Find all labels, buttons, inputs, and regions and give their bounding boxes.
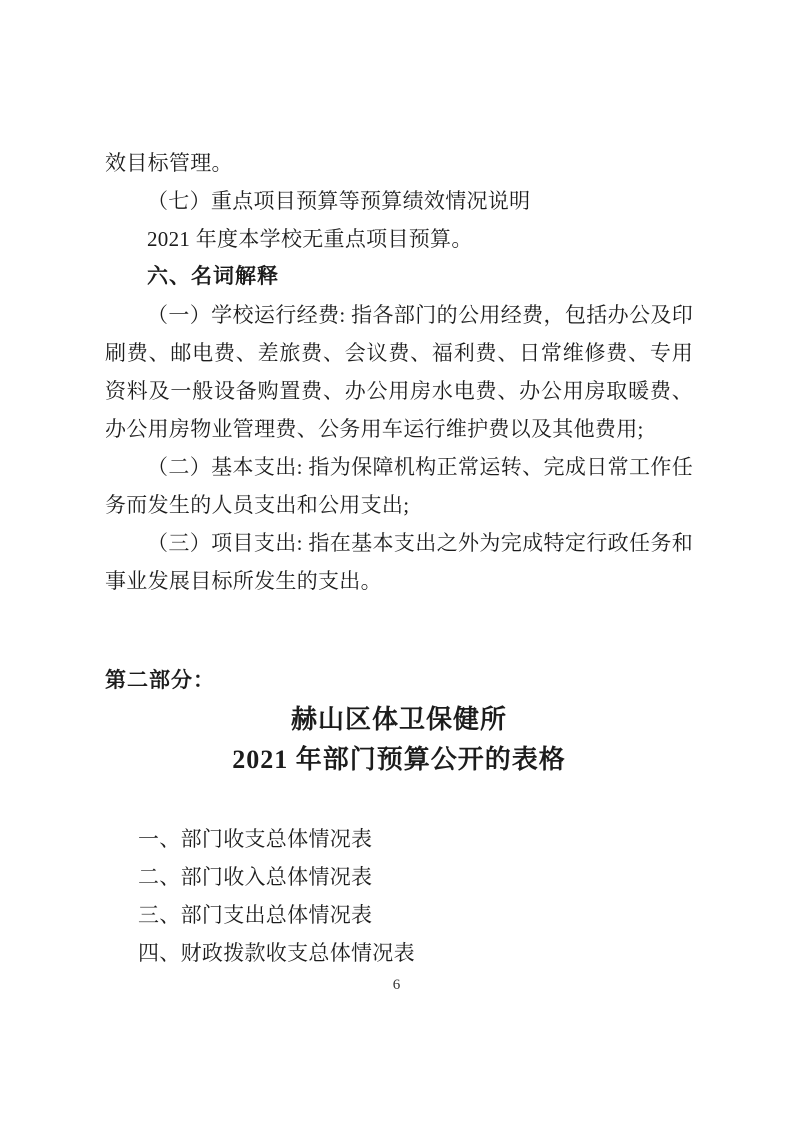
paragraph-definition-project-expenditure: （三）项目支出: 指在基本支出之外为完成特定行政任务和事业发展目标所发生的支出。 (105, 524, 693, 600)
paragraph-definition-basic-expenditure: （二）基本支出: 指为保障机构正常运转、完成日常工作任务而发生的人员支出和公用支… (105, 448, 693, 524)
toc-item-fiscal-appropriation-overview: 四、财政拨款收支总体情况表 (138, 934, 693, 972)
document-page: 效目标管理。 （七）重点项目预算等预算绩效情况说明 2021 年度本学校无重点项… (0, 0, 793, 1122)
paragraph-item-seven: （七）重点项目预算等预算绩效情况说明 (105, 182, 693, 220)
paragraph-definition-school-operating-funds: （一）学校运行经费: 指各部门的公用经费，包括办公及印刷费、邮电费、差旅费、会议… (105, 296, 693, 448)
toc-item-expenditure-overview: 三、部门支出总体情况表 (138, 896, 693, 934)
paragraph-performance-target-tail: 效目标管理。 (105, 144, 693, 182)
page-content: 效目标管理。 （七）重点项目预算等预算绩效情况说明 2021 年度本学校无重点项… (0, 0, 793, 972)
toc-item-income-expenditure-overview: 一、部门收支总体情况表 (138, 820, 693, 858)
paragraph-no-key-project: 2021 年度本学校无重点项目预算。 (105, 220, 693, 258)
heading-section-six: 六、名词解释 (105, 258, 693, 296)
doc-title-line1: 赫山区体卫保健所 (105, 700, 693, 740)
doc-title-line2: 2021 年部门预算公开的表格 (105, 740, 693, 780)
toc-item-income-overview: 二、部门收入总体情况表 (138, 858, 693, 896)
toc-list: 一、部门收支总体情况表 二、部门收入总体情况表 三、部门支出总体情况表 四、财政… (138, 820, 693, 972)
page-number: 6 (0, 977, 793, 994)
part-two-label: 第二部分： (105, 662, 693, 700)
